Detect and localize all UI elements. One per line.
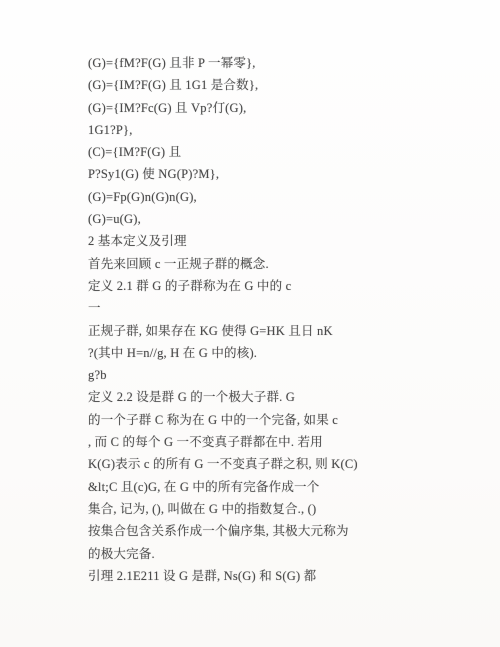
document-page: (G)={fM?F(G) 且非 P 一幂零}, (G)={IM?F(G) 且 1… [0, 0, 500, 647]
text-line: 定义 2.1 群 G 的子群称为在 G 中的 c [88, 275, 418, 297]
text-line: (C)={IM?F(G) 且 [88, 141, 418, 163]
text-line: (G)={IM?F(G) 且 1G1 是合数}, [88, 74, 418, 96]
text-line: P?Sy1(G) 使 NG(P)?M}, [88, 163, 418, 185]
text-line: g?b [88, 364, 418, 386]
text-line: K(G)表示 c 的所有 G 一不变真子群之积, 则 K(C) [88, 453, 418, 475]
text-line: , 而 C 的每个 G 一不变真子群都在中. 若用 [88, 431, 418, 453]
text-line: 引理 2.1E211 设 G 是群, Ns(G) 和 S(G) 都 [88, 565, 418, 587]
text-line: 集合, 记为, (), 叫做在 G 中的指数复合., () [88, 498, 418, 520]
text-line: 的极大完备. [88, 543, 418, 565]
text-line: ?(其中 H=n//g, H 在 G 中的核). [88, 342, 418, 364]
text-line: &lt;C 且(c)G, 在 G 中的所有完备作成一个 [88, 476, 418, 498]
text-line: (G)=u(G), [88, 208, 418, 230]
section-heading: 2 基本定义及引理 [88, 230, 418, 252]
text-line: 定义 2.2 设是群 G 的一个极大子群. G [88, 386, 418, 408]
document-text-column: (G)={fM?F(G) 且非 P 一幂零}, (G)={IM?F(G) 且 1… [88, 52, 418, 587]
text-line: 首先来回顾 c 一正规子群的概念. [88, 253, 418, 275]
text-line: 正规子群, 如果存在 KG 使得 G=HK 且日 nK [88, 320, 418, 342]
text-line: 的一个子群 C 称为在 G 中的一个完备, 如果 c [88, 409, 418, 431]
text-line: 一 [88, 297, 418, 319]
text-line: (G)=Fp(G)n(G)n(G), [88, 186, 418, 208]
text-line: (G)={fM?F(G) 且非 P 一幂零}, [88, 52, 418, 74]
text-line: 1G1?P}, [88, 119, 418, 141]
text-line: (G)={IM?Fc(G) 且 Vp?仃(G), [88, 97, 418, 119]
text-line: 按集合包含关系作成一个偏序集, 其极大元称为 [88, 520, 418, 542]
